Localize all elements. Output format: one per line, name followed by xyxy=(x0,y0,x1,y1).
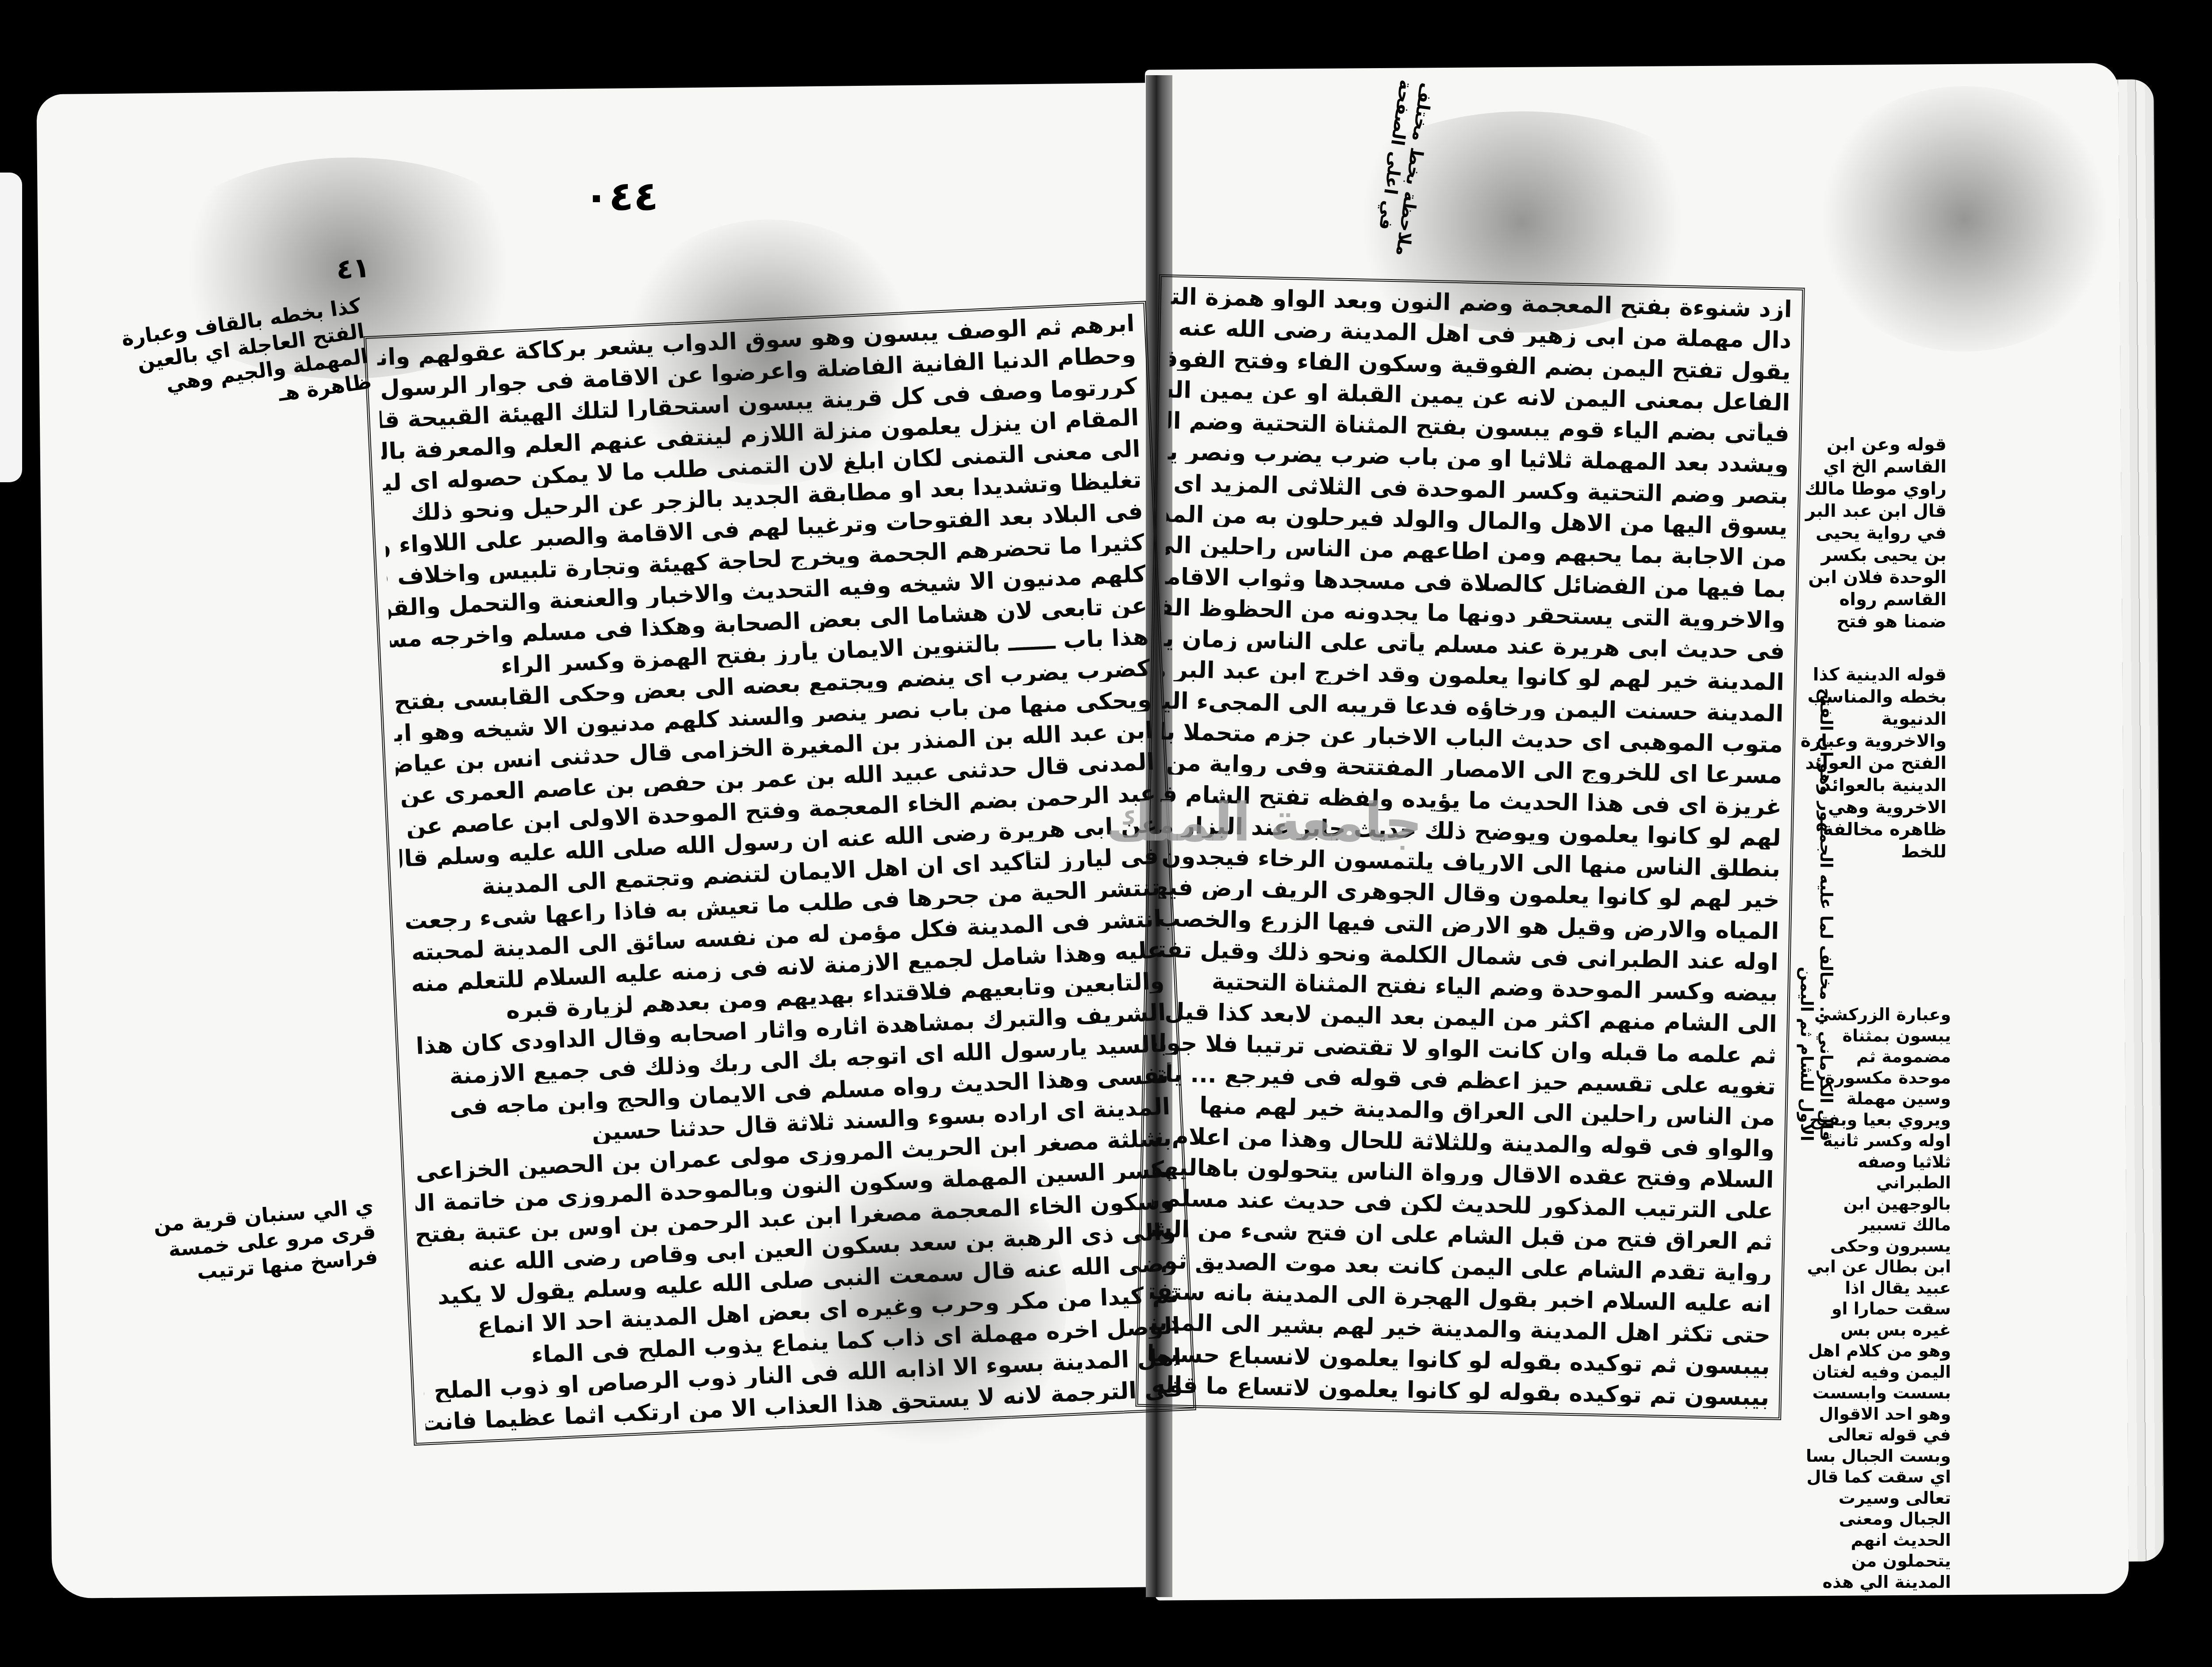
text-line: والواو في قوله والمدينة وللثلاثة للحال و… xyxy=(1153,1125,1775,1160)
margin-note-vertical: قال الكرماني ... مخالف لما عليه الجمهور … xyxy=(1747,655,1836,1141)
top-handwritten-annotation: ملاحظة بخط مختلف في اعلى الصفحة xyxy=(1298,68,1436,259)
text-line: المدينة حسنت اليمن ورخاؤه فدعا قريبه الي… xyxy=(1162,689,1784,725)
text-line: مسرعا اي للخروج الي الامصار المفتتحة وفي… xyxy=(1161,752,1782,787)
text-line: الي الشام منهم اكثر من اليمن بعد اليمن ل… xyxy=(1156,1000,1778,1036)
left-edge-tab xyxy=(0,173,22,482)
text-line: بيبسون ثم توكيده بقوله لو كانوا يعلمون ل… xyxy=(1148,1342,1770,1378)
text-line: متوب الموهبي اي حديث الباب الاخبار عن جز… xyxy=(1162,720,1783,756)
text-line: من الناس راحلين الي العراق والمدينة خير … xyxy=(1154,1093,1775,1129)
text-line: حتي تكثر اهل المدينة والمدينة خير لهم بش… xyxy=(1149,1311,1771,1347)
text-line: اوله عند الطبراني في شمال الكلمة ونحو ذل… xyxy=(1157,938,1778,974)
text-line: والاخروية التي يستحقر دونها ما يجدونه من… xyxy=(1164,596,1786,632)
left-text-frame: ابرهم ثم الوصف يبسون وهو سوق الدواب يشعر… xyxy=(364,301,1196,1446)
text-line: علي الترتيب المذكور للحديث لكن في حديث ع… xyxy=(1152,1187,1774,1222)
folio-number: ٤١ xyxy=(335,251,371,285)
margin-note-right-1: قوله وعن ابن القاسم الخ اي راوي موطا مال… xyxy=(1796,434,1947,633)
text-line: بما فيها من الفضائل كالصلاة في مسجدها وث… xyxy=(1165,565,1786,601)
text-line: تغويه علي تقسيم حيز اعظم في قوله في فيرج… xyxy=(1155,1062,1776,1098)
text-line: في حديث ابي هريرة عند مسلم يأتي علي النا… xyxy=(1164,627,1785,663)
text-line: الفاعل بمعنى اليمن لانه عن يمين القبلة ا… xyxy=(1169,378,1790,414)
text-line: انه عليه السلام اخبر بقول الهجرة الي الم… xyxy=(1150,1280,1771,1316)
text-line: بتصر وضم التحتية وكسر الموحدة في الثلاثي… xyxy=(1167,472,1789,507)
text-line: ثم علمه ما قبله وان كانت الواو لا تقتضي … xyxy=(1155,1031,1777,1067)
text-line: ازد شنوءة بفتح المعجمة وضم النون وبعد ال… xyxy=(1171,285,1792,321)
text-line: يسوق اليها من الاهل والمال والولد فيرحلو… xyxy=(1166,503,1788,538)
text-line: بيبسون تم توكيده بقوله لو كانوا يعلمون ل… xyxy=(1148,1373,1770,1409)
stain xyxy=(1809,85,2120,353)
text-line: رواية تقدم الشام علي اليمن كانت بعد موت … xyxy=(1151,1249,1772,1285)
text-line: ويشدد بعد المهملة ثلاثيا او من باب ضرب ي… xyxy=(1167,441,1789,476)
text-line: دال مهملة من ابي زهير في اهل المدينة رضي… xyxy=(1170,316,1792,352)
text-line: خير لهم لو كانوا يعلمون وقال الجوهري الر… xyxy=(1158,876,1780,912)
text-line: السلام وفتح عقده الاقال ورواة الناس يتحو… xyxy=(1152,1156,1774,1191)
text-line: يقول تفتح اليمن بضم الفوقية وسكون الفاء … xyxy=(1169,347,1791,383)
text-line: بيضه وكسر الموحدة وضم الياء نفتح المثناة… xyxy=(1156,969,1778,1005)
watermark: جامعة الملك xyxy=(1106,792,1423,853)
text-line: من الاجابة بما يحبهم ومن اطاعهم من الناس… xyxy=(1166,534,1787,570)
text-line: المياه والارض وقيل هو الارض التي فيها ال… xyxy=(1158,907,1779,943)
text-line: ثم العراق فتح من قبل الشام علي ان فتح شي… xyxy=(1151,1218,1773,1254)
text-line: المدينة خير لهم لو كانوا يعلمون وقد اخرج… xyxy=(1163,658,1785,694)
left-text-lines: ابرهم ثم الوصف يبسون وهو سوق الدواب يشعر… xyxy=(376,312,1183,1434)
page-number: ٠٤٤ xyxy=(584,173,658,220)
text-line: فيأتي بضم الياء قوم يبسون بفتح المثناة ا… xyxy=(1168,410,1790,446)
